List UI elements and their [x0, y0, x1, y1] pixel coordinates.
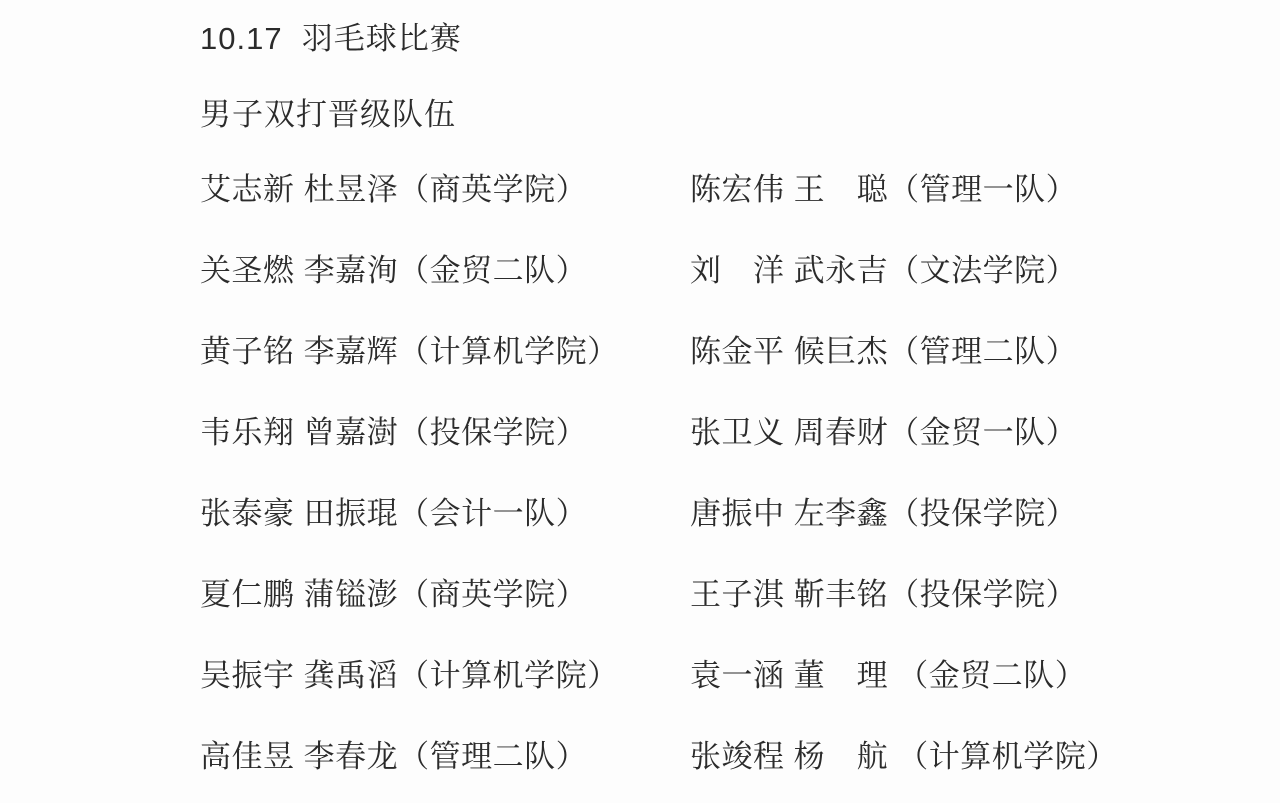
team-entry-right: 袁一涵 董 理 （金贸二队） [690, 650, 1280, 695]
team-entry-right: 王子淇 靳丰铭（投保学院） [690, 569, 1280, 614]
team-list: 艾志新 杜昱泽（商英学院） 陈宏伟 王 聪（管理一队） 关圣燃 李嘉洵（金贸二队… [200, 146, 1280, 794]
team-entry-left: 关圣燃 李嘉洵（金贸二队） [200, 245, 690, 290]
team-entry-right: 唐振中 左李鑫（投保学院） [690, 488, 1280, 533]
team-entry-left: 张泰豪 田振琨（会计一队） [200, 488, 690, 533]
team-entry-left: 吴振宇 龚禹滔（计算机学院） [200, 650, 690, 695]
team-entry-left: 艾志新 杜昱泽（商英学院） [200, 164, 690, 209]
team-entry-right: 陈宏伟 王 聪（管理一队） [690, 164, 1280, 209]
team-entry-left: 高佳昱 李春龙（管理二队） [200, 731, 690, 776]
team-entry-right: 张竣程 杨 航 （计算机学院） [690, 731, 1280, 776]
page-title: 10.17 羽毛球比赛 [200, 13, 462, 58]
team-entry-left: 韦乐翔 曾嘉澍（投保学院） [200, 407, 690, 452]
team-entry-right: 刘 洋 武永吉（文法学院） [690, 245, 1280, 290]
team-row: 张泰豪 田振琨（会计一队） 唐振中 左李鑫（投保学院） [200, 470, 1280, 551]
team-entry-left: 黄子铭 李嘉辉（计算机学院） [200, 326, 690, 371]
team-row: 关圣燃 李嘉洵（金贸二队） 刘 洋 武永吉（文法学院） [200, 227, 1280, 308]
team-entry-left: 夏仁鹏 蒲镒澎（商英学院） [200, 569, 690, 614]
team-row: 高佳昱 李春龙（管理二队） 张竣程 杨 航 （计算机学院） [200, 713, 1280, 794]
team-row: 夏仁鹏 蒲镒澎（商英学院） 王子淇 靳丰铭（投保学院） [200, 551, 1280, 632]
page-subtitle: 男子双打晋级队伍 [200, 89, 456, 134]
team-entry-right: 张卫义 周春财（金贸一队） [690, 407, 1280, 452]
team-row: 吴振宇 龚禹滔（计算机学院） 袁一涵 董 理 （金贸二队） [200, 632, 1280, 713]
team-row: 艾志新 杜昱泽（商英学院） 陈宏伟 王 聪（管理一队） [200, 146, 1280, 227]
team-row: 韦乐翔 曾嘉澍（投保学院） 张卫义 周春财（金贸一队） [200, 389, 1280, 470]
team-entry-right: 陈金平 候巨杰（管理二队） [690, 326, 1280, 371]
team-row: 黄子铭 李嘉辉（计算机学院） 陈金平 候巨杰（管理二队） [200, 308, 1280, 389]
